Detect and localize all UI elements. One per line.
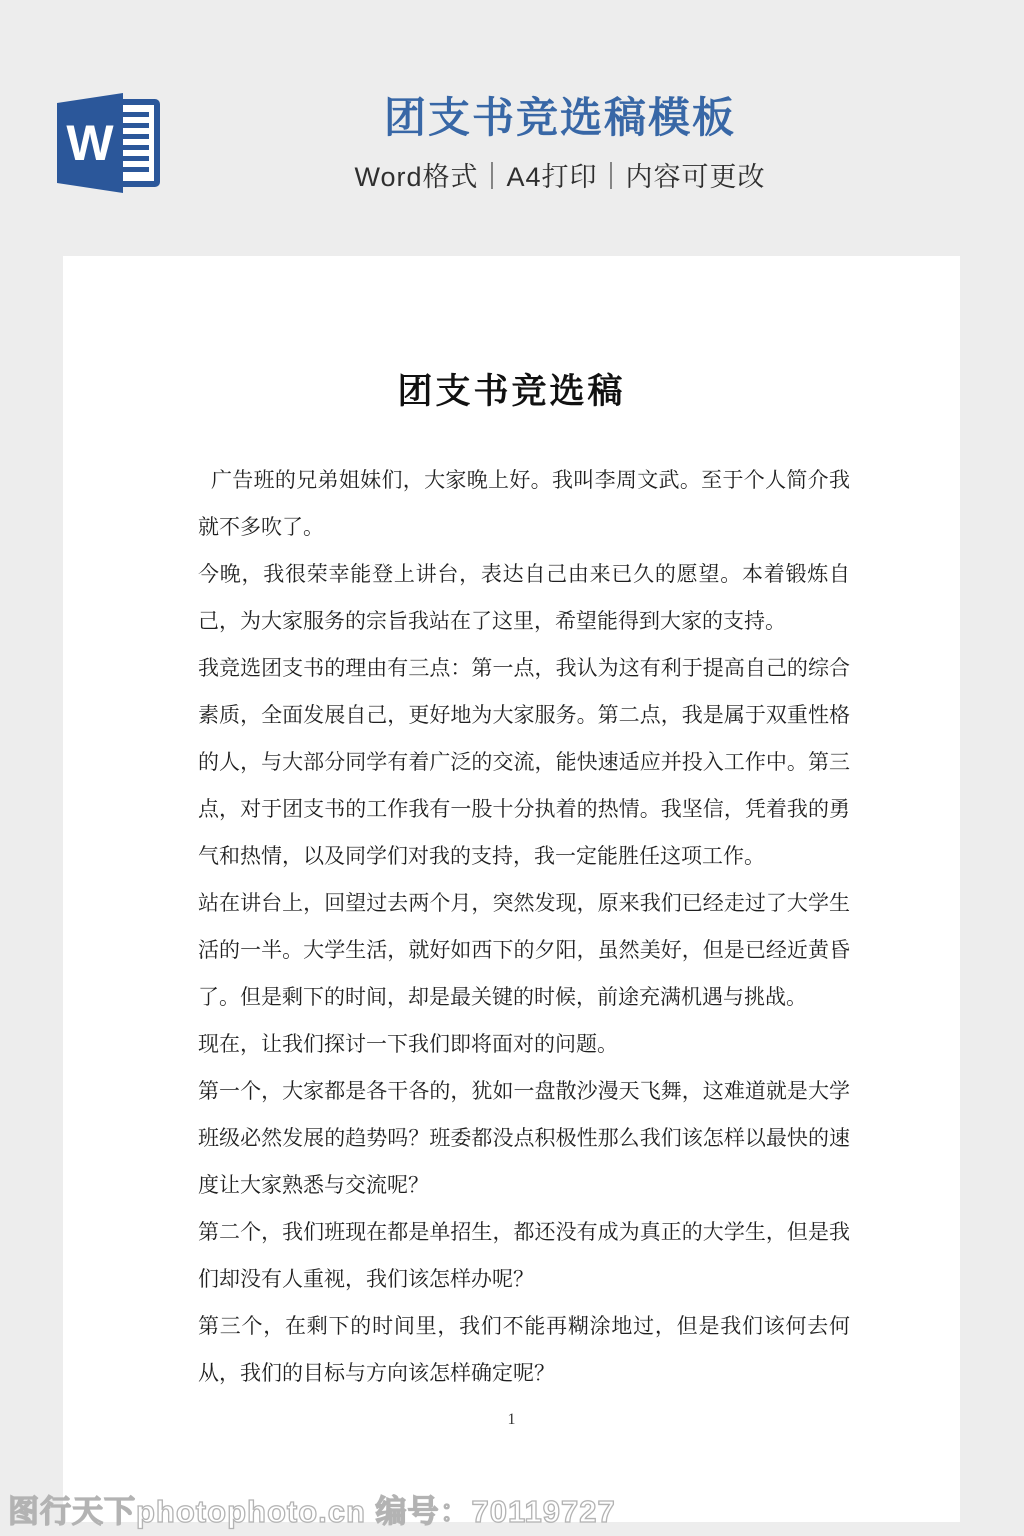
document-title: 团支书竞选稿 [63, 364, 960, 414]
template-title: 团支书竞选稿模板 [300, 94, 820, 142]
paragraph: 现在，让我们探讨一下我们即将面对的问题。 [198, 1021, 850, 1068]
paragraph: 第二个，我们班现在都是单招生，都还没有成为真正的大学生，但是我们却没有人重视，我… [198, 1209, 850, 1303]
header-text-block: 团支书竞选稿模板 Word格式｜A4打印｜内容可更改 [300, 94, 820, 194]
paragraph: 广告班的兄弟姐妹们，大家晚上好。我叫李周文武。至于个人简介我就不多吹了。 [198, 457, 850, 551]
template-subtitle: Word格式｜A4打印｜内容可更改 [300, 155, 820, 194]
template-header: W 团支书竞选稿模板 Word格式｜A4打印｜内容可更改 [0, 0, 1024, 256]
paragraph: 我竞选团支书的理由有三点：第一点，我认为这有利于提高自己的综合素质，全面发展自己… [198, 645, 850, 880]
paragraph: 今晚，我很荣幸能登上讲台，表达自己由来已久的愿望。本着锻炼自己，为大家服务的宗旨… [198, 551, 850, 645]
paragraph: 第三个，在剩下的时间里，我们不能再糊涂地过，但是我们该何去何从，我们的目标与方向… [198, 1303, 850, 1397]
paragraph: 第一个，大家都是各干各的，犹如一盘散沙漫天飞舞，这难道就是大学班级必然发展的趋势… [198, 1068, 850, 1209]
paragraph: 站在讲台上，回望过去两个月，突然发现，原来我们已经走过了大学生活的一半。大学生活… [198, 880, 850, 1021]
page-number: 1 [63, 1411, 960, 1429]
site-watermark: 图行天下photophoto.cn 编号：70119727 [8, 1486, 616, 1531]
document-body: 广告班的兄弟姐妹们，大家晚上好。我叫李周文武。至于个人简介我就不多吹了。今晚，我… [198, 457, 850, 1397]
word-icon: W [57, 92, 163, 194]
document-page: 团支书竞选稿 广告班的兄弟姐妹们，大家晚上好。我叫李周文武。至于个人简介我就不多… [63, 256, 960, 1522]
word-icon-letter: W [66, 115, 114, 171]
